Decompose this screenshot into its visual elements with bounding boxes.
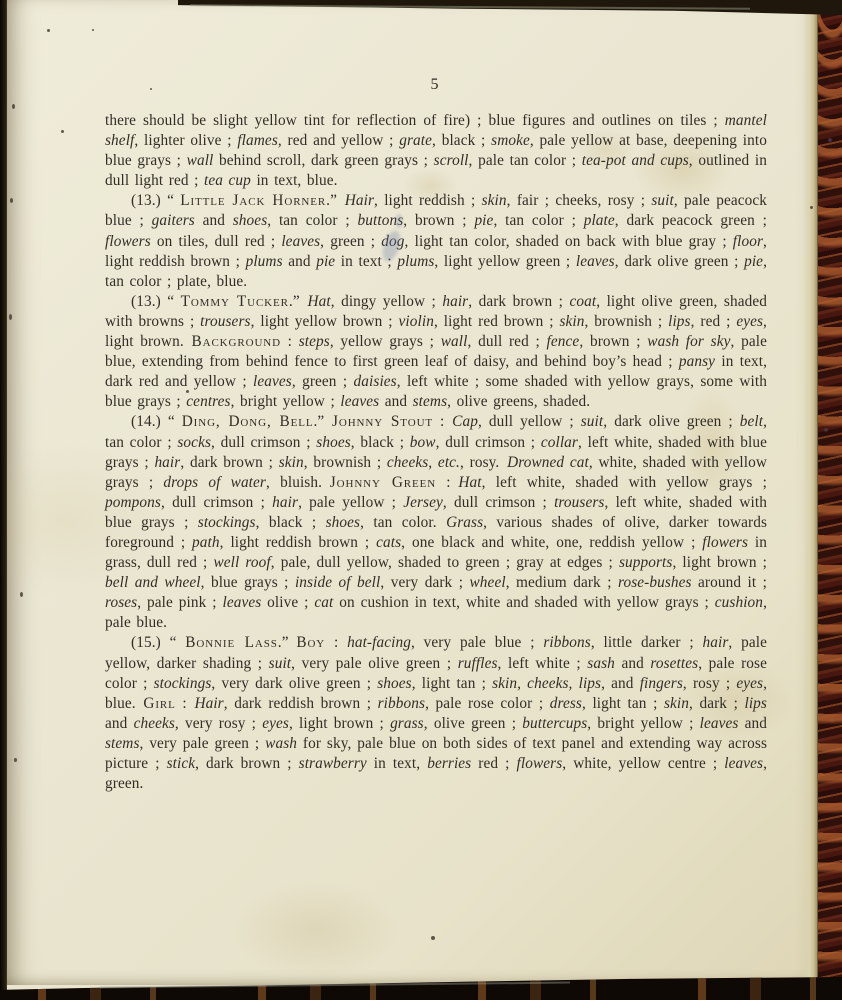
- page-speck: [150, 88, 152, 90]
- text-run: stockings: [154, 675, 212, 692]
- text-run: , light tan color, shaded on back with b…: [405, 233, 733, 250]
- text-run: , dark reddish brown ;: [224, 695, 378, 712]
- text-run: shoes: [377, 675, 412, 692]
- text-run: skin: [482, 192, 507, 209]
- text-run: cat: [314, 594, 333, 611]
- text-run: steps: [299, 333, 330, 350]
- text-run: , green ;: [292, 373, 354, 390]
- text-run: , blue grays ;: [201, 574, 295, 591]
- text-run: collar: [541, 434, 578, 451]
- text-run: shoes: [316, 434, 351, 451]
- text-run: and: [195, 212, 233, 229]
- text-run: , tan color.: [360, 514, 446, 531]
- text-run: skin, cheeks, lips: [492, 675, 601, 692]
- text-run: Johnny Green: [330, 474, 436, 491]
- text-run: , olive greens, shaded.: [447, 393, 590, 410]
- text-run: (13.) “: [131, 192, 180, 209]
- text-run: well roof: [213, 554, 270, 571]
- text-run: , brown ;: [579, 333, 647, 350]
- text-run: in text, blue.: [251, 172, 338, 189]
- text-run: hair: [154, 454, 180, 471]
- text-run: plate: [584, 212, 615, 229]
- text-run: skin: [664, 695, 689, 712]
- text-run: , light brown ;: [672, 554, 767, 571]
- text-run: stems: [413, 393, 448, 410]
- text-run: cushion: [715, 594, 763, 611]
- text-run: cheeks, etc.: [387, 454, 460, 471]
- text-run: lips: [744, 695, 767, 712]
- text-run: , dull crimson ;: [211, 434, 316, 451]
- text-run: , rosy.: [460, 454, 507, 471]
- text-run: Girl: [143, 695, 175, 712]
- marbled-cover-edge: [818, 0, 842, 1000]
- text-run: , medium dark ;: [506, 574, 618, 591]
- text-run: , dark brown ;: [180, 454, 278, 471]
- text-run: stick: [167, 755, 196, 772]
- text-run: pie: [744, 253, 763, 270]
- text-run: violin: [399, 313, 434, 330]
- text-run: pie: [316, 253, 335, 270]
- text-run: , green ;: [320, 233, 381, 250]
- text-run: floor: [733, 233, 763, 250]
- text-run: strawberry: [299, 755, 367, 772]
- text-run: in text,: [367, 755, 427, 772]
- text-run: .”: [289, 293, 308, 310]
- text-run: , dark peacock green ;: [615, 212, 767, 229]
- text-run: on tiles, dull red ;: [151, 233, 282, 250]
- text-run: , white, yellow centre ;: [562, 755, 724, 772]
- binding-edge-left: [0, 0, 7, 1000]
- text-run: and: [615, 655, 650, 672]
- text-run: eyes: [736, 675, 763, 692]
- text-run: , tan color ;: [493, 212, 583, 229]
- text-run: fingers: [640, 675, 683, 692]
- text-run: , light yellow brown ;: [251, 313, 399, 330]
- text-run: skin: [559, 313, 584, 330]
- text-run: red ;: [471, 755, 516, 772]
- text-run: sash: [587, 655, 615, 672]
- page-speck: [9, 314, 12, 320]
- text-run: there should be slight yellow tint for r…: [105, 112, 725, 129]
- text-run: and: [738, 715, 767, 732]
- paragraph-continuation: there should be slight yellow tint for r…: [105, 111, 767, 191]
- text-run: Hat: [307, 293, 330, 310]
- text-run: , light yellow green ;: [434, 253, 575, 270]
- text-run: leaves: [340, 393, 379, 410]
- text-run: , very pale olive green ;: [291, 655, 458, 672]
- text-run: , dark ;: [689, 695, 744, 712]
- text-run: rosettes: [650, 655, 698, 672]
- text-run: fence: [547, 333, 580, 350]
- text-run: , lighter olive ;: [134, 132, 237, 149]
- text-run: flames: [237, 132, 278, 149]
- text-run: stockings: [198, 514, 256, 531]
- paragraph-ding-dong-bell: (14.) “ Ding, Dong, Bell.” Johnny Stout …: [105, 412, 767, 633]
- text-run: Background: [192, 333, 281, 350]
- text-run: dress: [550, 695, 582, 712]
- text-run: ribbons: [543, 634, 590, 651]
- text-run: , brownish ;: [585, 313, 669, 330]
- text-run: :: [433, 413, 452, 430]
- page-speck: [47, 29, 50, 32]
- page-speck: [12, 104, 15, 109]
- text-run: :: [436, 474, 458, 491]
- text-run: wash: [265, 735, 297, 752]
- text-run: grate: [399, 132, 432, 149]
- text-run: wheel: [470, 574, 506, 591]
- text-run: stems: [105, 735, 140, 752]
- text-run: flowers: [105, 233, 151, 250]
- text-run: , black ;: [256, 514, 326, 531]
- text-run: Boy: [296, 634, 325, 651]
- text-run: leaves: [700, 715, 739, 732]
- text-run: .”: [326, 192, 345, 209]
- text-run: Johnny Stout: [332, 413, 433, 430]
- text-run: , red and yellow ;: [278, 132, 399, 149]
- book-page: 5 there should be slight yellow tint for…: [6, 0, 818, 985]
- text-run: coat: [569, 293, 596, 310]
- text-run: , pale, dull yellow, shaded to green ; g…: [271, 554, 619, 571]
- text-run: , light tan ;: [412, 675, 492, 692]
- text-run: , very pale green ;: [140, 735, 266, 752]
- text-run: belt: [740, 413, 763, 430]
- text-run: leaves: [222, 594, 261, 611]
- text-run: scroll: [434, 152, 469, 169]
- text-run: , black ;: [432, 132, 491, 149]
- text-run: , dingy yellow ;: [331, 293, 443, 310]
- text-run: Bonnie Lass: [185, 634, 278, 651]
- text-run: , very pale blue ;: [411, 634, 543, 651]
- text-run: smoke: [491, 132, 530, 149]
- text-run: , pale yellow ;: [298, 494, 403, 511]
- text-run: , dull crimson ;: [161, 494, 272, 511]
- text-run: and: [105, 715, 134, 732]
- text-run: hair: [272, 494, 298, 511]
- text-run: eyes: [262, 715, 289, 732]
- text-run: rose-bushes: [618, 574, 692, 591]
- text-run: Drowned cat: [507, 454, 589, 471]
- text-run: , bright yellow ;: [231, 393, 341, 410]
- text-run: , rosy ;: [683, 675, 736, 692]
- text-run: , olive green ;: [424, 715, 523, 732]
- page-text: there should be slight yellow tint for r…: [105, 111, 767, 794]
- text-run: suit: [581, 413, 604, 430]
- text-run: and: [283, 253, 317, 270]
- text-run: , red ;: [691, 313, 737, 330]
- text-run: daisies: [354, 373, 397, 390]
- page-number: 5: [105, 76, 765, 94]
- text-run: tea-pot and cups: [582, 152, 689, 169]
- page-speck: [61, 130, 64, 133]
- page-speck: [186, 390, 189, 393]
- text-run: (15.) “: [131, 634, 185, 651]
- text-run: , light red brown ;: [434, 313, 560, 330]
- text-run: leaves: [576, 253, 615, 270]
- paragraph-bonnie-lass: (15.) “ Bonnie Lass.” Boy : hat-facing, …: [105, 633, 767, 794]
- text-run: leaves: [253, 373, 292, 390]
- text-run: suit: [651, 192, 674, 209]
- text-run: , brownish ;: [304, 454, 387, 471]
- text-run: hat-facing: [347, 634, 411, 651]
- text-run: .”: [278, 634, 297, 651]
- text-run: , left white ;: [498, 655, 588, 672]
- text-run: and: [379, 393, 412, 410]
- text-run: , dark brown ;: [468, 293, 569, 310]
- text-run: , dull crimson ;: [436, 434, 541, 451]
- text-run: (13.) “: [131, 293, 181, 310]
- text-run: , yellow grays ;: [330, 333, 441, 350]
- text-run: suit: [269, 655, 292, 672]
- text-run: hair: [703, 634, 729, 651]
- text-run: skin: [279, 454, 304, 471]
- text-run: , dull crimson ;: [443, 494, 554, 511]
- text-run: plums: [246, 253, 283, 270]
- text-run: , dark olive green ;: [603, 413, 739, 430]
- text-run: plums: [397, 253, 434, 270]
- text-run: , little darker ;: [591, 634, 703, 651]
- text-run: flowers: [702, 534, 748, 551]
- text-run: cats: [376, 534, 401, 551]
- page-edge-right: [803, 0, 818, 985]
- text-run: trousers: [200, 313, 250, 330]
- text-run: Hat: [458, 474, 481, 491]
- text-run: , one black and white, one, reddish yell…: [401, 534, 702, 551]
- text-run: leaves: [281, 233, 320, 250]
- page-speck: [10, 198, 13, 203]
- text-run: path: [192, 534, 220, 551]
- text-run: , very dark ;: [380, 574, 469, 591]
- text-run: berries: [427, 755, 471, 772]
- text-run: , very dark olive green ;: [211, 675, 377, 692]
- page-speck: [810, 206, 813, 209]
- text-run: tea cup: [204, 172, 251, 189]
- text-run: , dull red ;: [467, 333, 546, 350]
- text-run: , and: [601, 675, 640, 692]
- text-run: Hair: [194, 695, 223, 712]
- text-run: gaiters: [152, 212, 195, 229]
- page-speck: [20, 592, 23, 597]
- text-run: trousers: [554, 494, 604, 511]
- text-run: , light brown ;: [289, 715, 390, 732]
- text-run: , light reddish brown ;: [220, 534, 376, 551]
- text-run: ribbons: [378, 695, 425, 712]
- text-run: pompons: [105, 494, 161, 511]
- text-run: bow: [410, 434, 436, 451]
- text-run: wash for sky: [647, 333, 730, 350]
- ink-smudge-small: [395, 214, 403, 228]
- text-run: shoes: [233, 212, 268, 229]
- text-run: pansy: [679, 353, 715, 370]
- text-run: around it ;: [692, 574, 767, 591]
- text-run: supports: [619, 554, 673, 571]
- text-run: :: [325, 634, 347, 651]
- text-run: Hair: [345, 192, 374, 209]
- text-run: , brown ;: [403, 212, 474, 229]
- text-run: drops of water: [163, 474, 266, 491]
- text-run: , light reddish ;: [374, 192, 482, 209]
- paragraph-tommy-tucker: (13.) “ Tommy Tucker.” Hat, dingy yellow…: [105, 292, 767, 413]
- text-run: .”: [313, 413, 332, 430]
- scanned-book-page: 5 there should be slight yellow tint for…: [0, 0, 842, 1000]
- text-run: :: [281, 333, 299, 350]
- text-run: , very rosy ;: [175, 715, 262, 732]
- text-run: lips: [668, 313, 691, 330]
- text-run: , dark olive green ;: [615, 253, 744, 270]
- text-run: cheeks: [134, 715, 175, 732]
- text-run: Tommy Tucker: [181, 293, 289, 310]
- text-run: Ding, Dong, Bell: [182, 413, 314, 430]
- text-run: wall: [187, 152, 214, 169]
- text-run: Little Jack Horner: [180, 192, 326, 209]
- text-run: , pale rose color ;: [425, 695, 550, 712]
- paragraph-little-jack-horner: (13.) “ Little Jack Horner.” Hair, light…: [105, 191, 767, 291]
- text-run: on cushion in text, white and shaded wit…: [333, 594, 714, 611]
- text-run: centres: [186, 393, 230, 410]
- text-run: , dark brown ;: [195, 755, 299, 772]
- text-run: roses: [105, 594, 137, 611]
- text-run: eyes: [736, 313, 763, 330]
- text-run: flowers: [517, 755, 563, 772]
- text-run: wall: [441, 333, 468, 350]
- page-speck: [431, 936, 435, 940]
- text-run: behind scroll, dark green grays ;: [213, 152, 433, 169]
- text-run: , pale tan color ;: [469, 152, 582, 169]
- page-speck: [92, 29, 94, 31]
- text-run: pie: [474, 212, 493, 229]
- text-run: , tan color ;: [267, 212, 357, 229]
- text-run: Jersey: [403, 494, 443, 511]
- text-run: , bluish.: [266, 474, 330, 491]
- text-run: bell and wheel: [105, 574, 201, 591]
- text-run: , left white, shaded with yellow grays ;: [482, 474, 767, 491]
- text-run: (14.) “: [131, 413, 182, 430]
- text-run: Cap: [452, 413, 478, 430]
- text-run: olive ;: [261, 594, 314, 611]
- text-run: , dull yellow ;: [478, 413, 581, 430]
- text-run: hair: [442, 293, 468, 310]
- text-run: , fair ; cheeks, rosy ;: [507, 192, 652, 209]
- text-run: , black ;: [351, 434, 410, 451]
- text-run: :: [176, 695, 195, 712]
- text-run: , bright yellow ;: [587, 715, 699, 732]
- text-run: shoes: [326, 514, 361, 531]
- text-run: inside of bell: [295, 574, 380, 591]
- text-run: ruffles: [458, 655, 498, 672]
- text-run: buttercups: [522, 715, 587, 732]
- text-run: , light tan ;: [582, 695, 664, 712]
- page-speck: [14, 758, 17, 762]
- text-run: Grass: [446, 514, 483, 531]
- text-run: , pale pink ;: [137, 594, 222, 611]
- text-run: socks: [177, 434, 211, 451]
- text-run: leaves: [724, 755, 763, 772]
- text-run: grass: [390, 715, 424, 732]
